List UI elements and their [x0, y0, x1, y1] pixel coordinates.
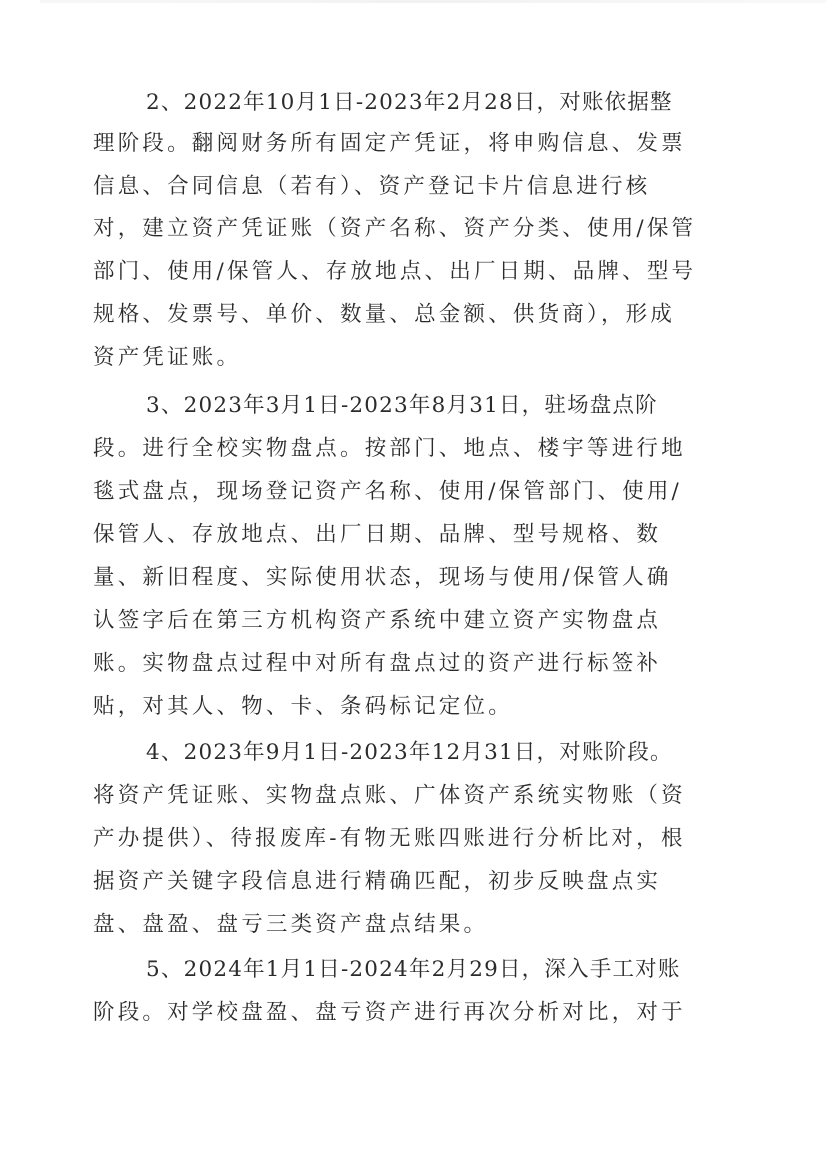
text-line: 贴，对其人、物、卡、条码标记定位。	[93, 692, 733, 722]
text-line: 认签字后在第三方机构资产系统中建立资产实物盘点	[93, 606, 733, 636]
text-line: 理阶段。翻阅财务所有固定产凭证，将申购信息、发票	[93, 129, 733, 159]
text-line: 信息、合同信息（若有）、资产登记卡片信息进行核	[93, 172, 733, 202]
text-line: 盘、盘盈、盘亏三类资产盘点结果。	[93, 910, 733, 940]
text-line: 4、2023年9月1日-2023年12月31日，对账阶段。	[146, 738, 736, 768]
text-line: 量、新旧程度、实际使用状态，现场与使用/保管人确	[93, 563, 733, 593]
text-line: 对，建立资产凭证账（资产名称、资产分类、使用/保管	[93, 214, 733, 244]
text-line: 资产凭证账。	[93, 343, 733, 373]
text-line: 产办提供）、待报废库-有物无账四账进行分析比对，根	[93, 824, 733, 854]
text-line: 保管人、存放地点、出厂日期、品牌、型号规格、数	[93, 520, 733, 550]
scan-edge	[40, 0, 826, 3]
text-line: 账。实物盘点过程中对所有盘点过的资产进行标签补	[93, 649, 733, 679]
text-line: 据资产关键字段信息进行精确匹配，初步反映盘点实	[93, 867, 733, 897]
text-line: 毯式盘点，现场登记资产名称、使用/保管部门、使用/	[93, 477, 733, 507]
text-line: 2、2022年10月1日-2023年2月28日，对账依据整	[146, 88, 736, 118]
text-line: 3、2023年3月1日-2023年8月31日，驻场盘点阶	[146, 391, 736, 421]
text-line: 段。进行全校实物盘点。按部门、地点、楼宇等进行地	[93, 434, 733, 464]
text-line: 5、2024年1月1日-2024年2月29日，深入手工对账	[146, 955, 736, 985]
document-page: 2、2022年10月1日-2023年2月28日，对账依据整 理阶段。翻阅财务所有…	[0, 0, 826, 1168]
text-line: 将资产凭证账、实物盘点账、广体资产系统实物账（资	[93, 781, 733, 811]
text-line: 规格、发票号、单价、数量、总金额、供货商），形成	[93, 300, 733, 330]
text-line: 阶段。对学校盘盈、盘亏资产进行再次分析对比，对于	[93, 998, 733, 1028]
text-line: 部门、使用/保管人、存放地点、出厂日期、品牌、型号	[93, 257, 733, 287]
